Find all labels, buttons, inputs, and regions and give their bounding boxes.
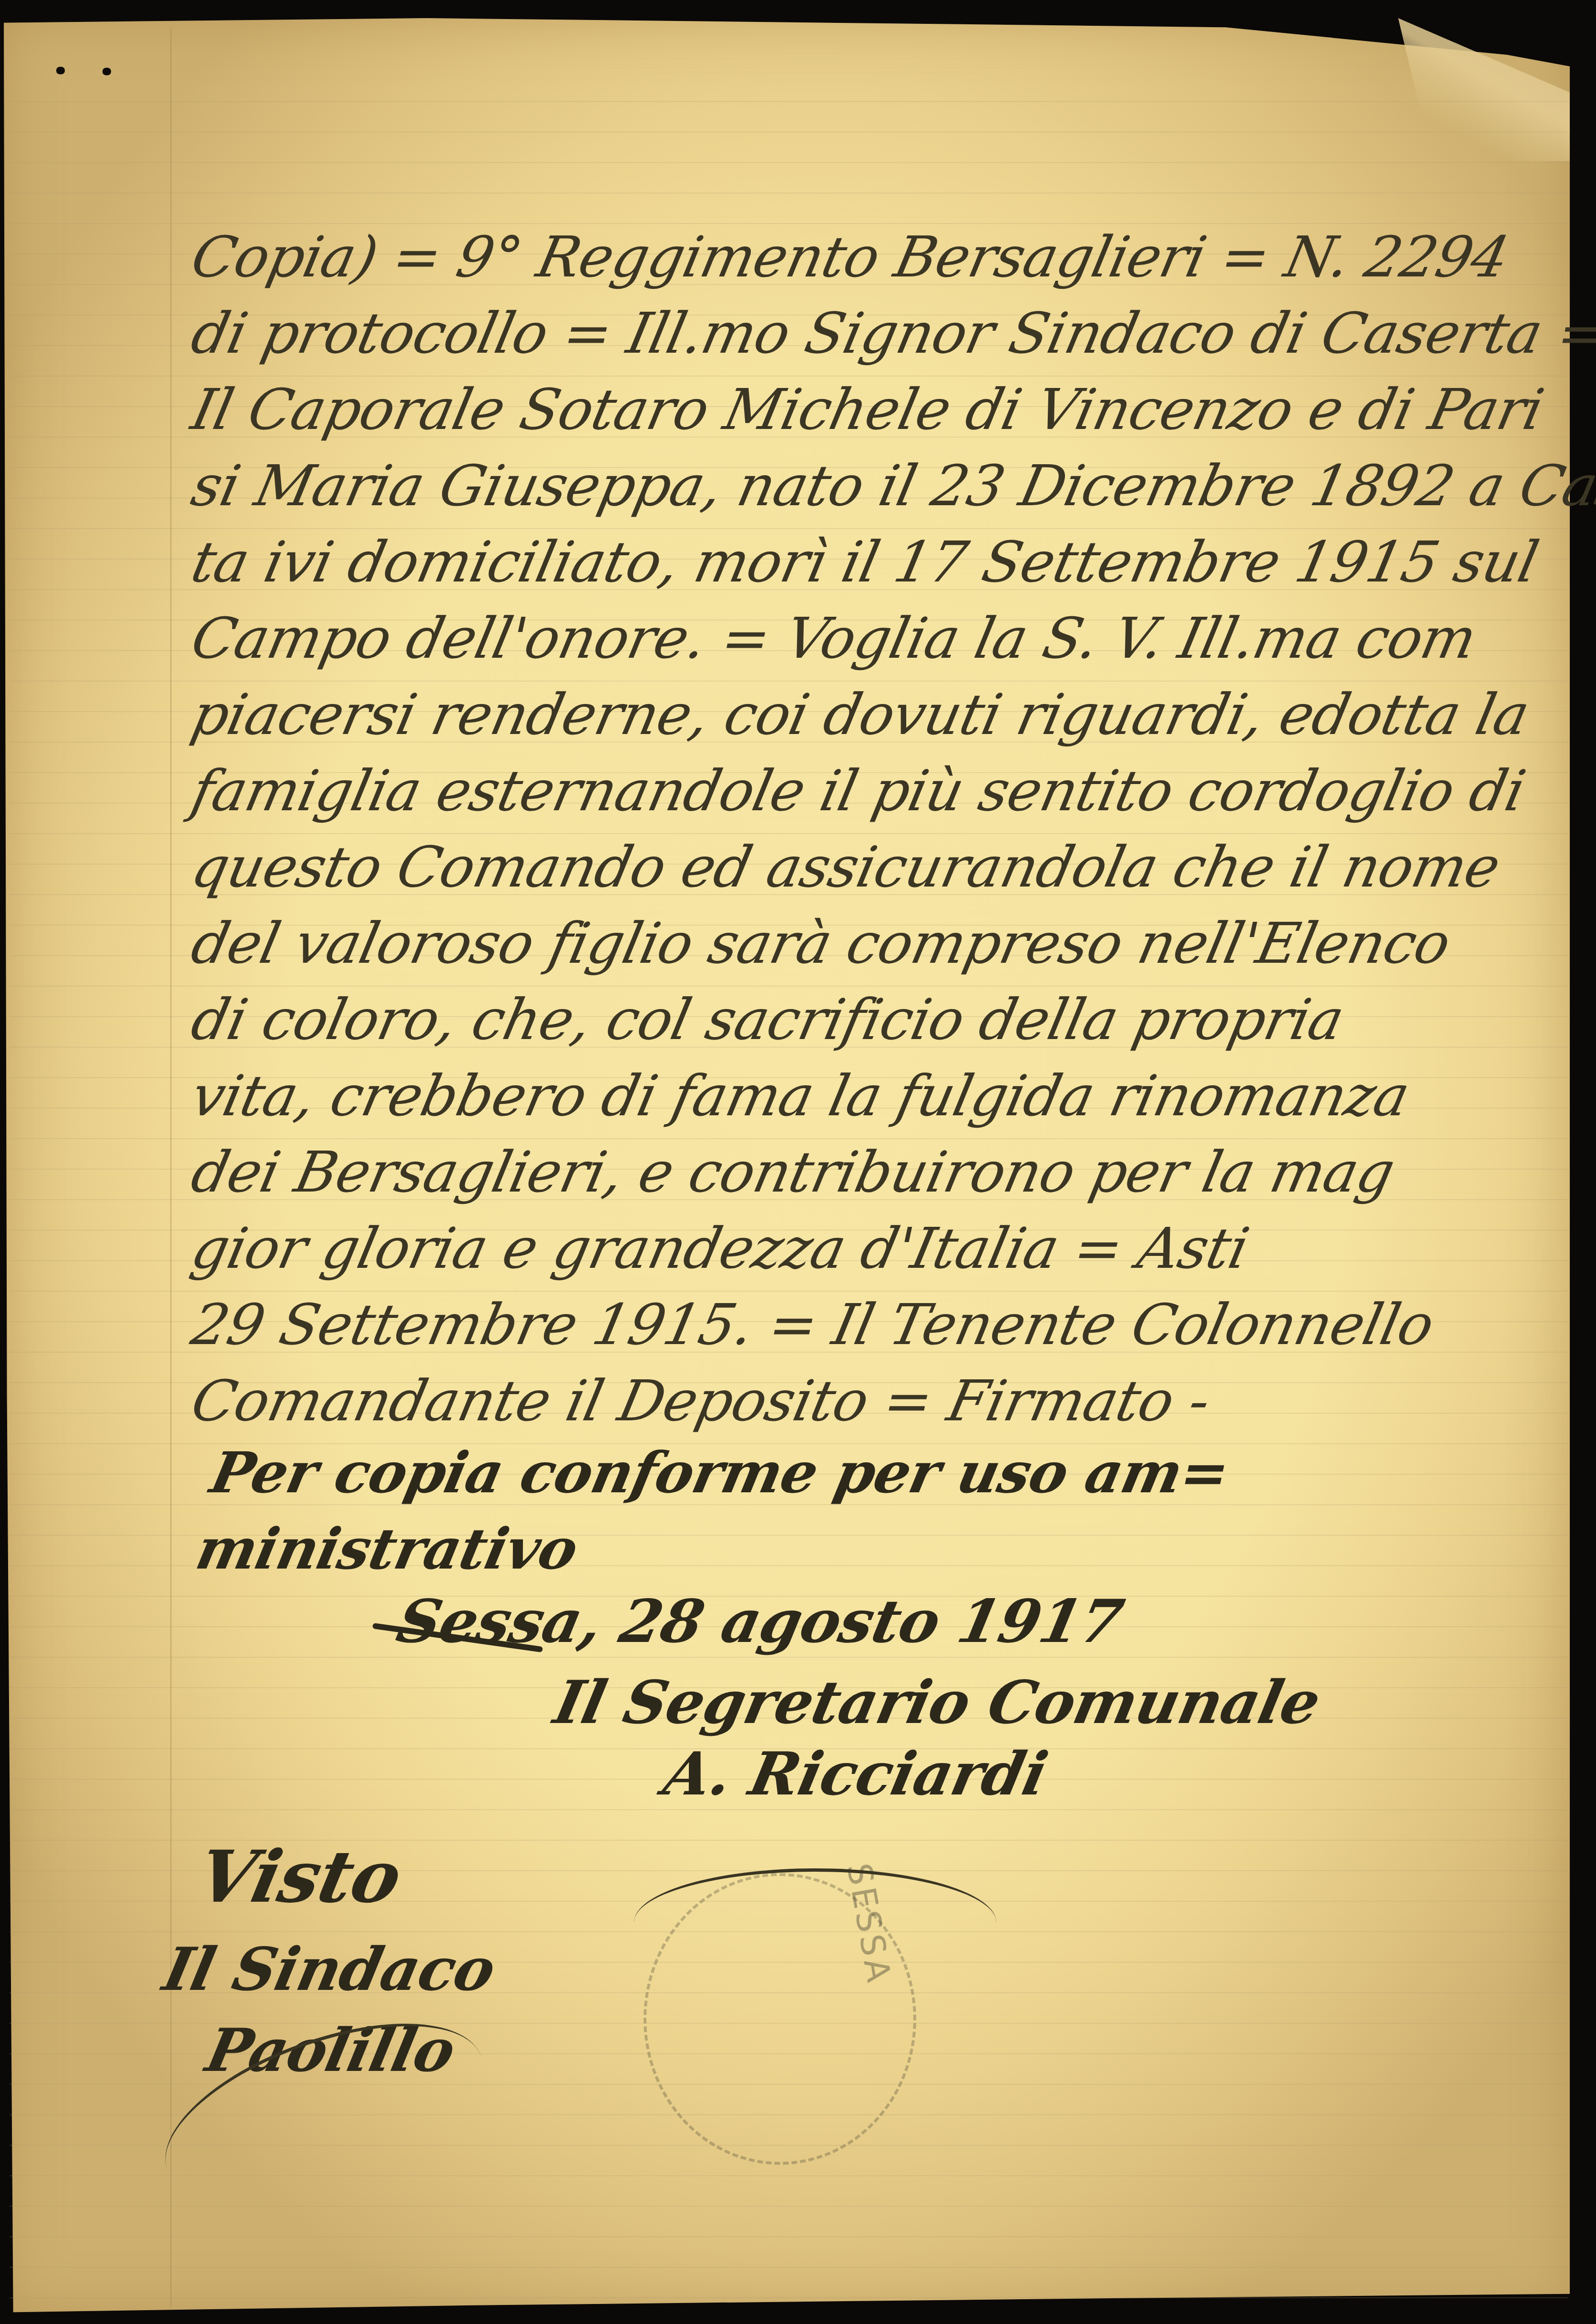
body-line: ta ivi domiciliato, morì il 17 Settembre… xyxy=(186,529,1544,595)
body-line: questo Comando ed assicurandola che il n… xyxy=(186,834,1505,900)
body-line: del valoroso figlio sarà compreso nell'E… xyxy=(186,910,1456,976)
visa-label: Visto xyxy=(191,1835,409,1919)
body-line: di protocollo = Ill.mo Signor Sindaco di… xyxy=(186,300,1596,366)
body-line: vita, crebbero di fama la fulgida rinoma… xyxy=(186,1063,1415,1129)
body-line: piacersi renderne, coi dovuti riguardi, … xyxy=(186,682,1535,747)
body-line: famiglia esternandole il più sentito cor… xyxy=(186,758,1531,824)
body-line: gior gloria e grandezza d'Italia = Asti xyxy=(186,1215,1254,1281)
body-line: si Maria Giuseppa, nato il 23 Dicembre 1… xyxy=(186,453,1596,519)
stamp-flourish xyxy=(634,1868,996,1977)
body-line: dei Bersaglieri, e contribuirono per la … xyxy=(186,1139,1400,1205)
body-line: di coloro, che, col sacrificio della pro… xyxy=(186,987,1349,1052)
body-line: Campo dell'onore. = Voglia la S. V. Ill.… xyxy=(186,605,1482,671)
secretary-name: A. Ricciardi xyxy=(658,1740,1053,1809)
body-line: 29 Settembre 1915. = Il Tenente Colonnel… xyxy=(186,1292,1439,1357)
secretary-title: Il Segretario Comunale xyxy=(548,1668,1326,1737)
body-line: Comandante il Deposito = Firmato - xyxy=(186,1368,1216,1434)
letter-content: Copia) = 9° Reggimento Bersaglieri = N. … xyxy=(0,0,1596,2324)
mayor-title: Il Sindaco xyxy=(157,1935,501,2004)
body-line: Il Caporale Sotaro Michele di Vincenzo e… xyxy=(186,377,1549,442)
body-line: Copia) = 9° Reggimento Bersaglieri = N. … xyxy=(186,224,1514,290)
certification-line: Per copia conforme per uso am= xyxy=(205,1439,1235,1506)
certification-line: ministrativo xyxy=(191,1516,583,1582)
